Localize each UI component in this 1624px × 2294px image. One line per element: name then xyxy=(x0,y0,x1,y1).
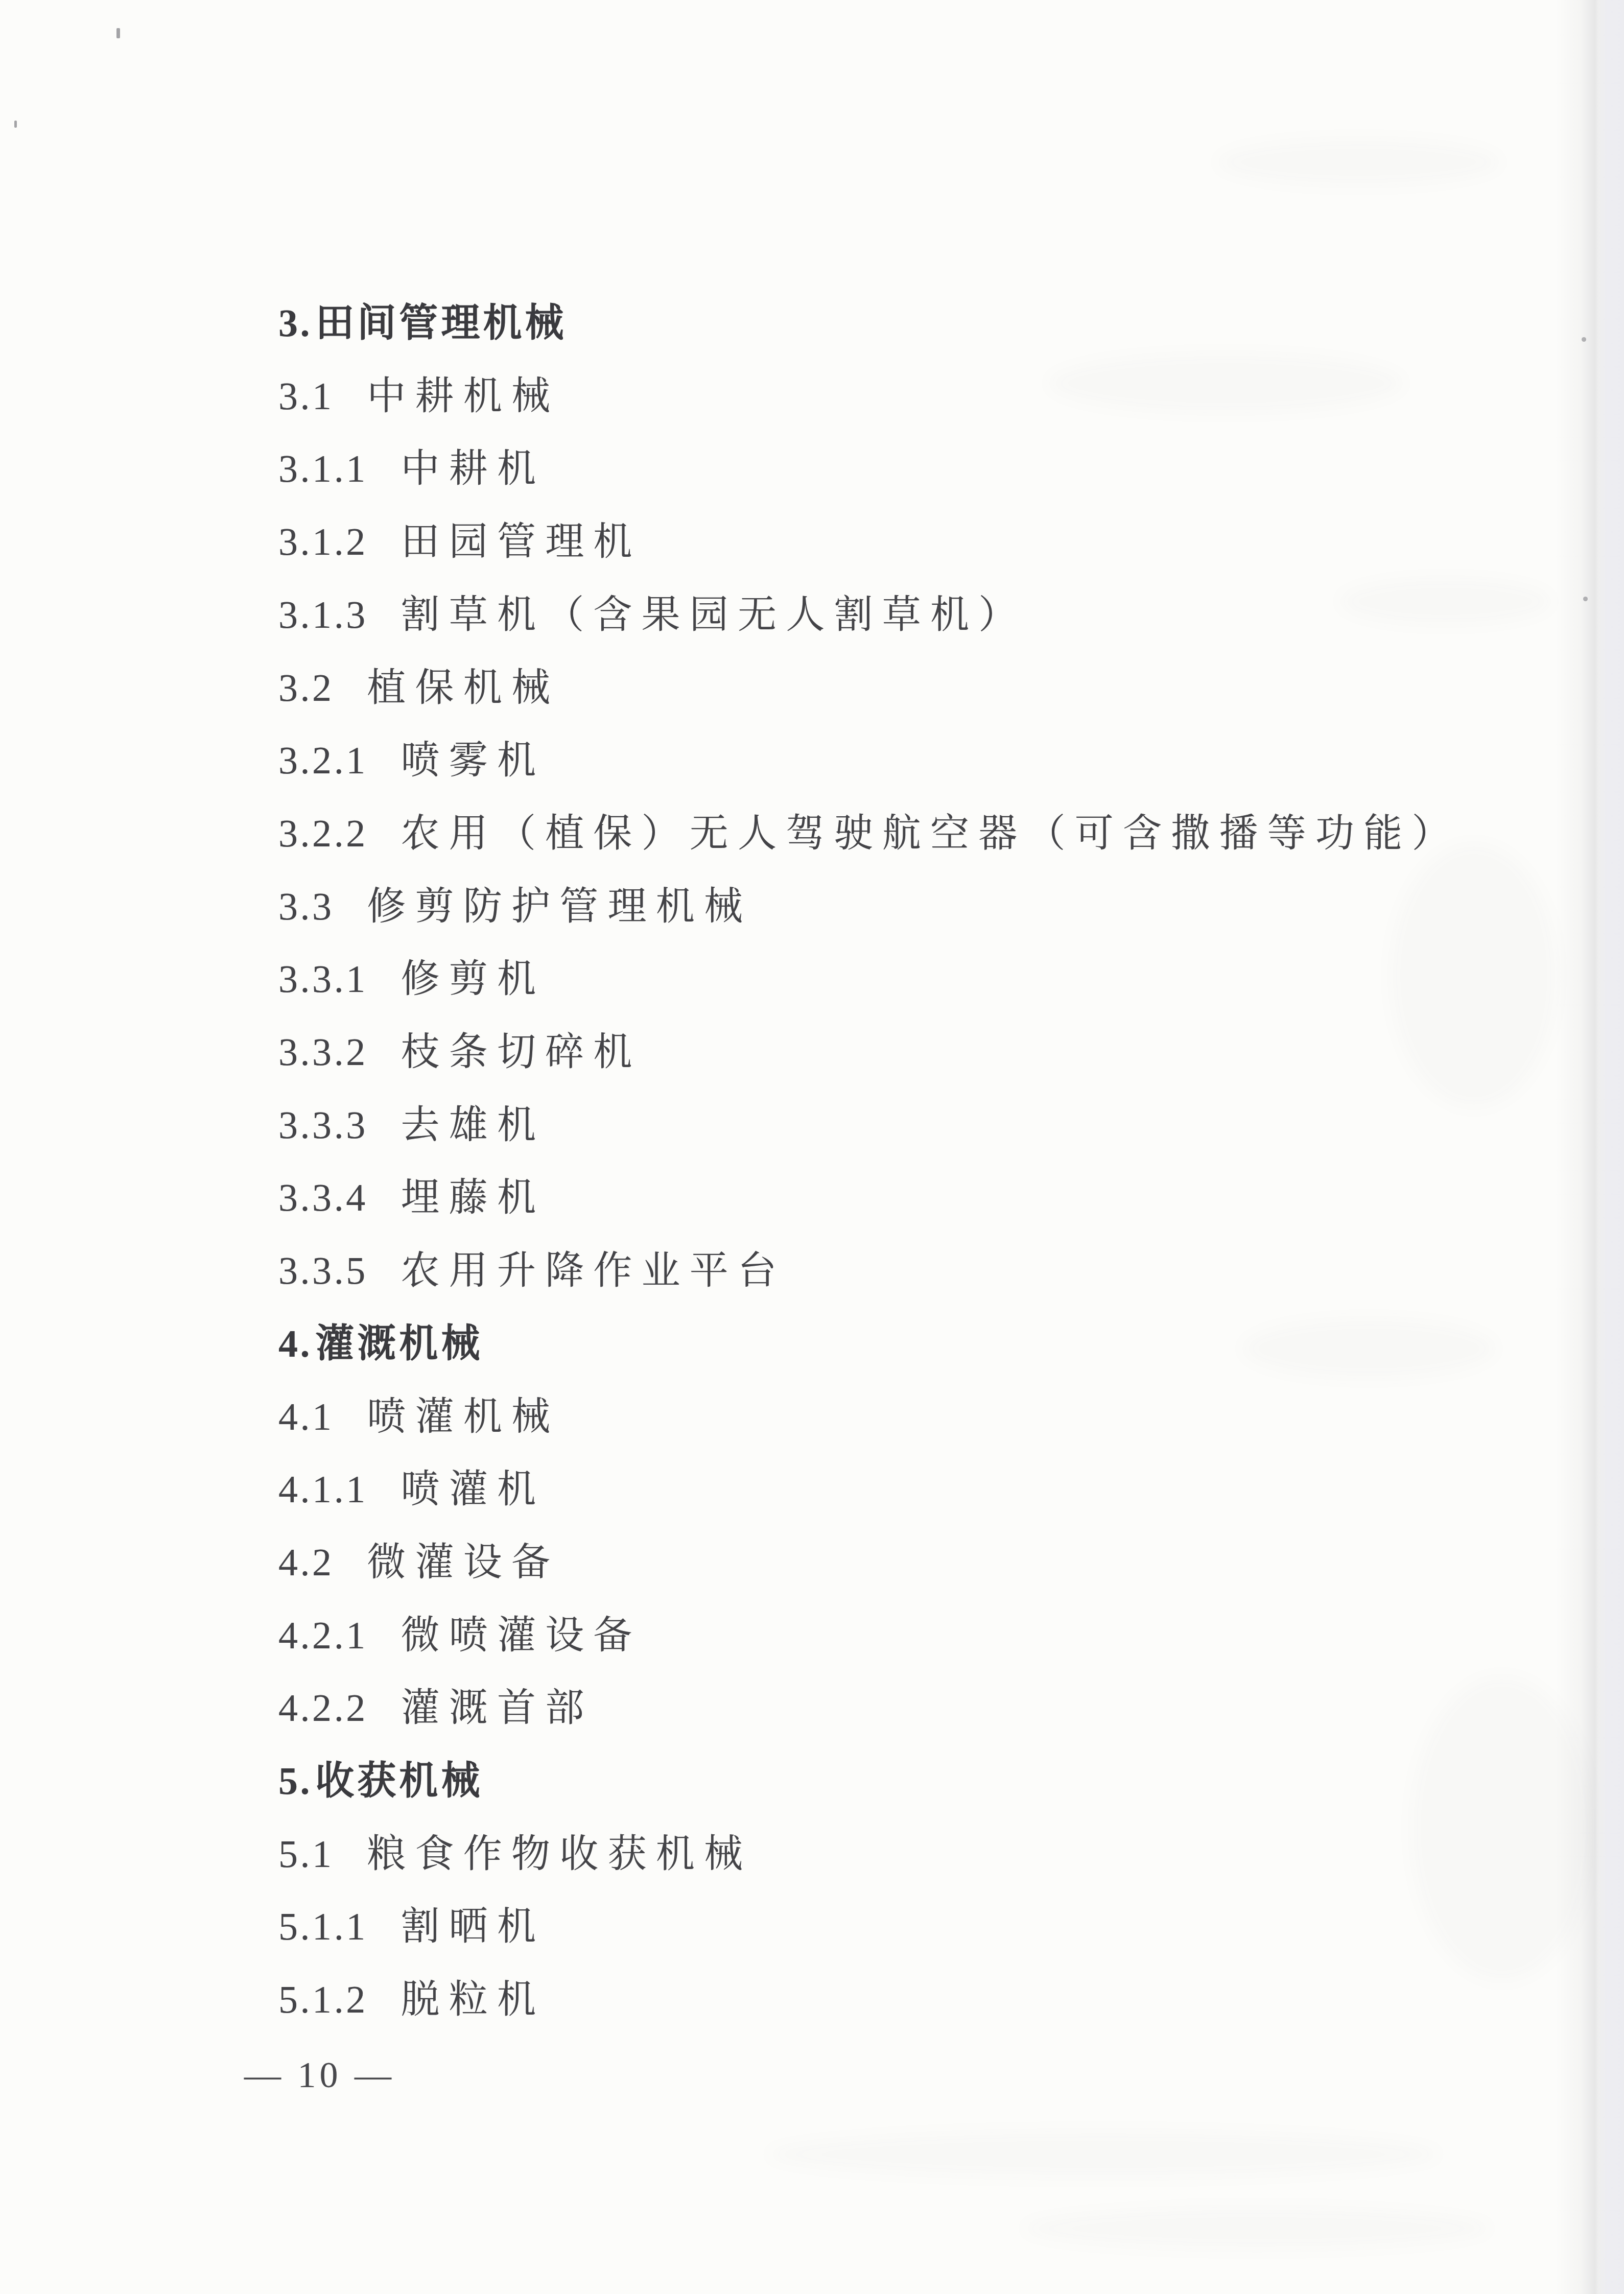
list-item: 5.1粮食作物收获机械 xyxy=(278,1818,1512,1891)
document-list: 3.田间管理机械 3.1中耕机械 3.1.1中耕机 3.1.2田园管理机 3.1… xyxy=(278,287,1512,2037)
item-number: 4.2.1 xyxy=(278,1614,368,1657)
item-number: 4.2 xyxy=(278,1541,334,1584)
item-number: 3.2 xyxy=(278,667,334,710)
page-edge-shadow xyxy=(1555,0,1624,2294)
binding-mark xyxy=(1583,597,1588,601)
item-number: 3.1 xyxy=(278,375,334,418)
list-item: 4.2.1微喷灌设备 xyxy=(278,1599,1512,1672)
list-item: 4.2微灌设备 xyxy=(278,1526,1512,1599)
item-text: 枝条切碎机 xyxy=(401,1031,641,1074)
list-item: 5.1.2脱粒机 xyxy=(278,1964,1512,2037)
list-item: 3.3.3去雄机 xyxy=(278,1089,1512,1162)
item-number: 5.1 xyxy=(278,1833,334,1876)
page-number: — 10 — xyxy=(244,2054,395,2095)
item-number: 4. xyxy=(278,1322,312,1365)
item-text: 微灌设备 xyxy=(367,1541,559,1584)
item-text: 修剪机 xyxy=(401,958,545,1001)
list-item: 3.2.2农用（植保）无人驾驶航空器（可含撒播等功能） xyxy=(278,797,1512,870)
scan-speck xyxy=(14,121,17,128)
item-text: 农用升降作业平台 xyxy=(401,1249,786,1292)
item-text: 灌溉机械 xyxy=(315,1322,483,1365)
binding-mark xyxy=(1582,337,1586,342)
list-item: 3.1中耕机械 xyxy=(278,360,1512,433)
list-item: 3.3修剪防护管理机械 xyxy=(278,870,1512,943)
item-number: 5.1.2 xyxy=(278,1978,368,2021)
list-item: 4.灌溉机械 xyxy=(278,1308,1512,1381)
item-number: 3.1.2 xyxy=(278,521,368,563)
item-number: 4.1 xyxy=(278,1396,334,1438)
item-text: 田间管理机械 xyxy=(315,302,567,345)
bleedthrough-smudge xyxy=(1216,138,1502,186)
list-item: 3.3.4埋藤机 xyxy=(278,1162,1512,1235)
list-item: 3.2.1喷雾机 xyxy=(278,724,1512,797)
item-text: 灌溉首部 xyxy=(401,1687,593,1730)
item-number: 3.3.2 xyxy=(278,1031,368,1074)
item-number: 3.1.3 xyxy=(278,594,368,636)
list-item: 3.1.2田园管理机 xyxy=(278,506,1512,579)
item-text: 埋藤机 xyxy=(401,1176,545,1219)
item-number: 3.3 xyxy=(278,885,334,928)
list-item: 4.1.1喷灌机 xyxy=(278,1453,1512,1526)
item-number: 3.2.2 xyxy=(278,812,368,855)
item-number: 3.3.1 xyxy=(278,958,368,1001)
item-text: 喷雾机 xyxy=(401,739,545,782)
item-number: 3.1.1 xyxy=(278,447,368,490)
list-item: 3.1.1中耕机 xyxy=(278,433,1512,506)
item-text: 割草机（含果园无人割草机） xyxy=(401,594,1026,636)
scanned-page: 3.田间管理机械 3.1中耕机械 3.1.1中耕机 3.1.2田园管理机 3.1… xyxy=(0,0,1624,2294)
item-text: 去雄机 xyxy=(401,1104,545,1147)
item-text: 收获机械 xyxy=(315,1760,483,1803)
page-footer: — 10 — xyxy=(244,2044,395,2106)
list-item: 4.2.2灌溉首部 xyxy=(278,1672,1512,1745)
list-item: 3.1.3割草机（含果园无人割草机） xyxy=(278,579,1512,652)
item-number: 5.1.1 xyxy=(278,1905,368,1948)
list-item: 5.收获机械 xyxy=(278,1745,1512,1818)
list-item: 4.1喷灌机械 xyxy=(278,1381,1512,1454)
list-item: 3.3.5农用升降作业平台 xyxy=(278,1235,1512,1308)
bleedthrough-smudge xyxy=(1022,2207,1492,2250)
item-text: 喷灌机 xyxy=(401,1468,545,1511)
list-item: 3.2植保机械 xyxy=(278,652,1512,725)
item-number: 3.2.1 xyxy=(278,739,368,782)
item-number: 3.3.4 xyxy=(278,1176,368,1219)
item-text: 喷灌机械 xyxy=(367,1396,559,1438)
item-number: 4.1.1 xyxy=(278,1468,368,1511)
list-item: 3.3.2枝条切碎机 xyxy=(278,1016,1512,1089)
scan-speck xyxy=(116,28,120,38)
item-text: 田园管理机 xyxy=(401,521,641,563)
item-text: 粮食作物收获机械 xyxy=(367,1833,752,1876)
item-number: 4.2.2 xyxy=(278,1687,368,1730)
item-text: 微喷灌设备 xyxy=(401,1614,641,1657)
item-number: 3.3.5 xyxy=(278,1249,368,1292)
item-text: 割晒机 xyxy=(401,1905,545,1948)
item-text: 修剪防护管理机械 xyxy=(367,885,752,928)
item-number: 3. xyxy=(278,302,312,345)
item-number: 5. xyxy=(278,1760,312,1803)
item-text: 中耕机械 xyxy=(367,375,559,418)
item-text: 中耕机 xyxy=(401,447,545,490)
item-text: 植保机械 xyxy=(367,667,559,710)
list-item: 3.田间管理机械 xyxy=(278,287,1512,360)
item-text: 脱粒机 xyxy=(401,1978,545,2021)
list-item: 5.1.1割晒机 xyxy=(278,1890,1512,1964)
bleedthrough-smudge xyxy=(766,2130,1441,2179)
list-item: 3.3.1修剪机 xyxy=(278,943,1512,1016)
item-text: 农用（植保）无人驾驶航空器（可含撒播等功能） xyxy=(401,812,1460,855)
item-number: 3.3.3 xyxy=(278,1104,368,1147)
